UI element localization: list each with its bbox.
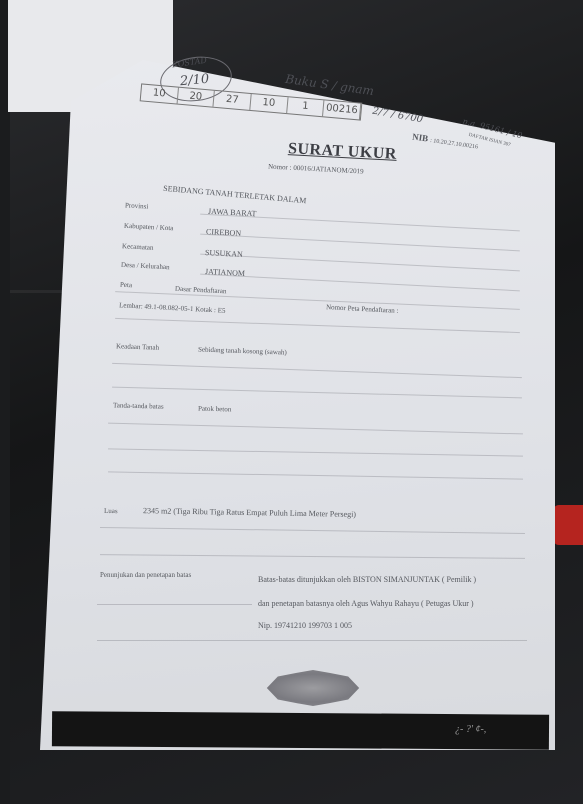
line <box>97 604 252 605</box>
line <box>200 274 520 292</box>
line <box>200 254 520 272</box>
line <box>115 318 520 333</box>
penunjukan-line-1: Batas-batas ditunjukkan oleh BISTON SIMA… <box>258 575 476 584</box>
id-box: 00216 <box>323 100 361 119</box>
lembar-row: Lembar: 49.1-08.082-05-1 Kotak : E5 <box>119 301 226 315</box>
id-box: 1 <box>287 97 325 116</box>
line <box>200 234 520 252</box>
luas-value: 2345 m2 (Tiga Ribu Tiga Ratus Empat Pulu… <box>143 506 356 519</box>
provinsi-label: Provinsi <box>125 201 149 210</box>
nip-row: Nip. 19741210 199703 1 005 <box>258 621 352 630</box>
keadaan-tanah-value: Sebidang tanah kosong (sawah) <box>198 345 287 356</box>
handwritten-note-1: Buku S / gnam <box>284 72 374 98</box>
document-title: SURAT UKUR <box>288 140 398 164</box>
line <box>112 363 522 378</box>
footer-marks: ¿- ?' ¢-, <box>455 724 486 735</box>
kabupaten-label: Kabupaten / Kota <box>124 222 174 233</box>
security-seal-emblem <box>258 670 368 706</box>
tanda-batas-label: Tanda-tanda batas <box>113 401 164 410</box>
peta-label: Peta <box>120 281 132 290</box>
line <box>108 448 523 456</box>
kecamatan-label: Kecamatan <box>122 242 154 252</box>
penunjukan-line-2: dan penetapan batasnya oleh Agus Wahyu R… <box>258 599 474 608</box>
line <box>97 640 527 641</box>
id-box: 27 <box>214 91 252 110</box>
handwritten-note-2: 2/7 / 6700 <box>371 106 423 126</box>
nomor-peta-label: Nomor Peta Pendaftaran : <box>326 303 399 315</box>
line <box>200 214 520 232</box>
line <box>100 527 525 534</box>
penunjukan-label: Penunjukan dan penetapan batas <box>100 571 191 579</box>
nomor-row: Nomor : 00016/JATIANOM/2019 <box>268 163 364 176</box>
line <box>108 471 523 479</box>
tanda-batas-value: Patok beton <box>198 405 231 414</box>
keadaan-tanah-label: Keadaan Tanah <box>116 342 159 351</box>
id-box: 10 <box>250 94 288 113</box>
surat-ukur-document: KOSTAD 2/10 10 20 27 10 1 00216 Buku S /… <box>0 0 583 804</box>
desa-label: Desa / Kelurahan <box>121 261 170 272</box>
line <box>100 554 525 559</box>
line <box>112 387 522 399</box>
id-box: 10 <box>141 84 179 103</box>
id-box: 20 <box>177 88 215 107</box>
section-heading: SEBIDANG TANAH TERLETAK DALAM <box>163 184 307 205</box>
luas-label: Luas <box>104 507 118 515</box>
line <box>108 423 523 435</box>
